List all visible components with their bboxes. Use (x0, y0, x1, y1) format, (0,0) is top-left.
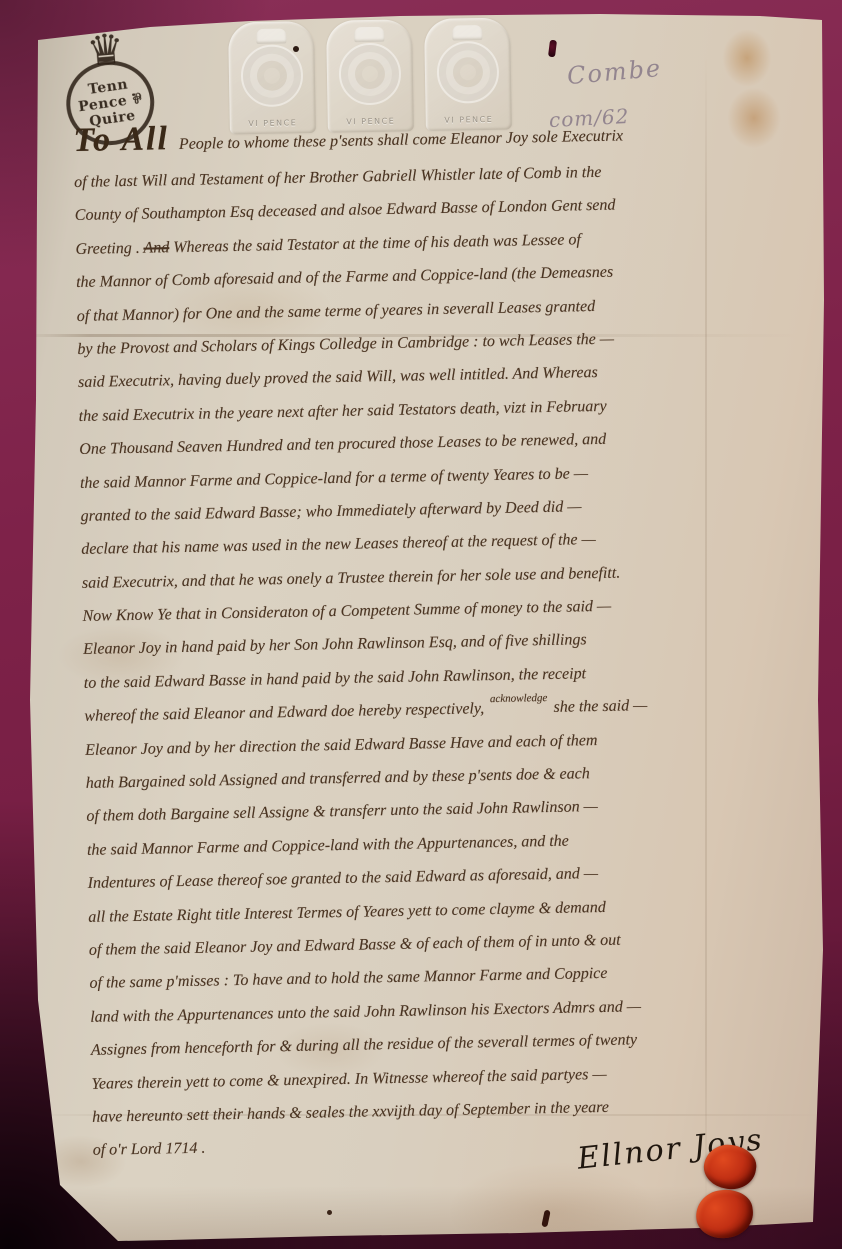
crown-icon (354, 27, 384, 43)
pencil-place-note: Combe (566, 54, 663, 90)
opening-words: To All (73, 120, 169, 159)
ink-dot (327, 1210, 332, 1215)
interlinear-insertion: acknowledge (490, 682, 548, 717)
photo-stage: ♛ Tenn Pence ⅌ Quire VI PENCEVI PENCEVI … (0, 0, 842, 1249)
parchment-page: ♛ Tenn Pence ⅌ Quire VI PENCEVI PENCEVI … (25, 14, 825, 1248)
paper-slit-mark (548, 40, 557, 58)
manuscript-text: To AllPeople to whome these p'sents shal… (73, 106, 835, 1168)
rose-medallion-icon (338, 42, 401, 105)
crown-icon (256, 28, 286, 44)
crown-icon (452, 25, 482, 41)
ink-dot (293, 46, 299, 52)
rose-medallion-icon (240, 44, 303, 107)
ink-speck (532, 1238, 535, 1241)
rose-medallion-icon (436, 41, 499, 104)
ink-slit-mark (541, 1210, 550, 1228)
